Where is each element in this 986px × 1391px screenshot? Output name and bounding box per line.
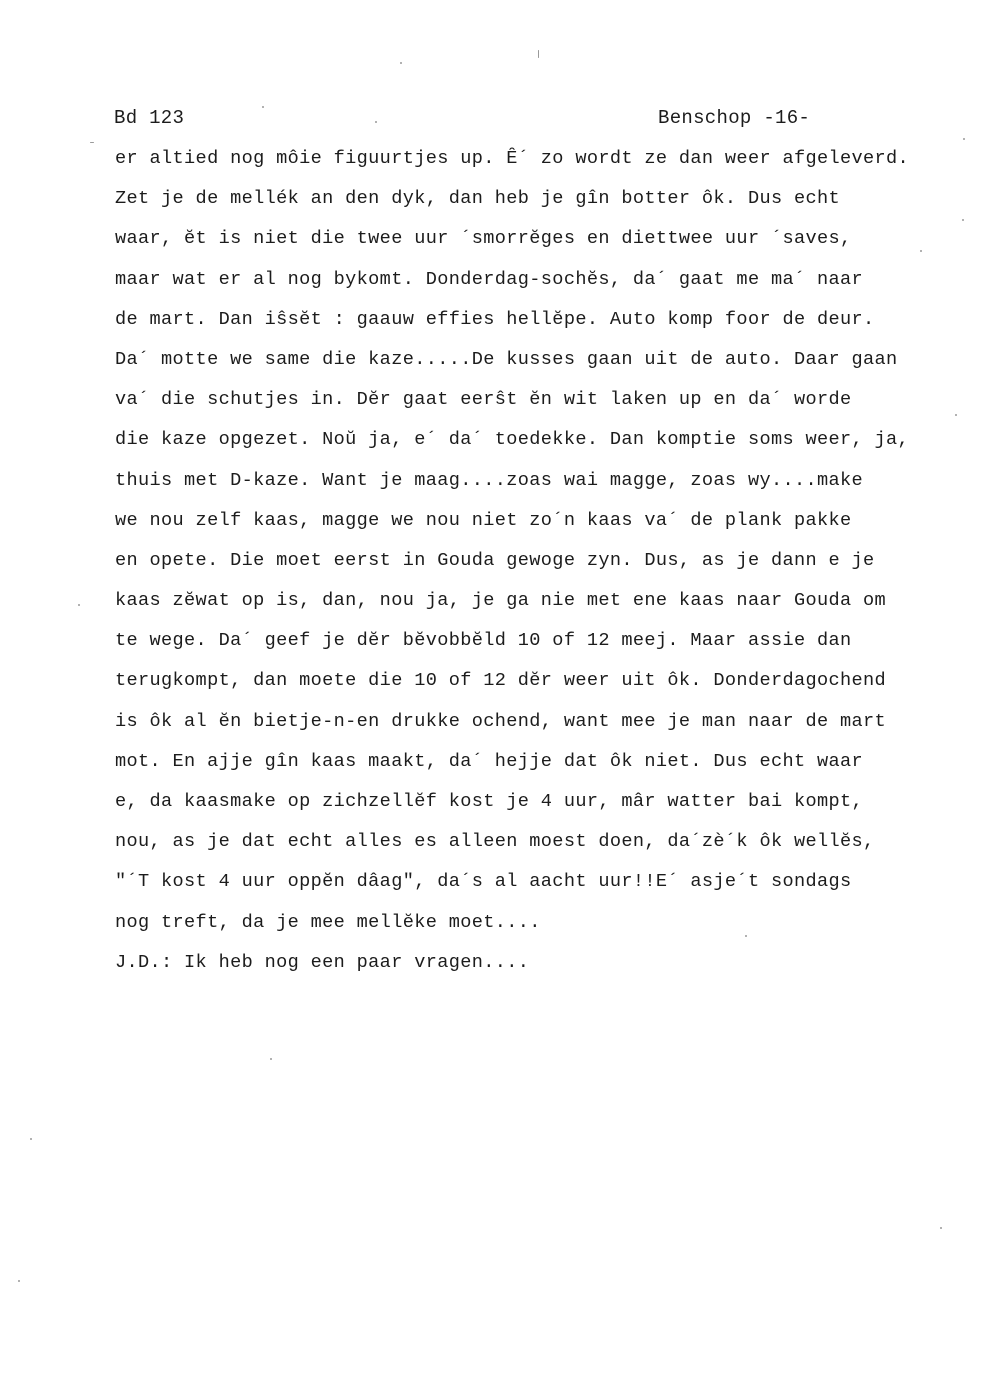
place-and-page-number: Benschop -16- xyxy=(658,107,810,129)
scan-speck xyxy=(962,219,964,221)
scan-speck xyxy=(270,1058,272,1060)
scan-speck xyxy=(920,250,922,252)
text-line: J.D.: Ik heb nog een paar vragen.... xyxy=(115,951,975,991)
scan-speck xyxy=(963,138,965,140)
text-line: nog treft, da je mee mellĕke moet.... xyxy=(115,911,975,951)
scan-speck xyxy=(745,935,747,937)
transcript-body: er altied nog môie figuurtjes up. Ȇ´ zo … xyxy=(115,147,975,991)
text-line: en opete. Die moet eerst in Gouda gewoge… xyxy=(115,549,975,589)
text-line: Da´ motte we same die kaze.....De kusses… xyxy=(115,348,975,388)
text-line: mot. En ajje gîn kaas maakt, da´ hejje d… xyxy=(115,750,975,790)
text-line: er altied nog môie figuurtjes up. Ȇ´ zo … xyxy=(115,147,975,187)
scan-speck xyxy=(262,106,264,108)
text-line: thuis met D-kaze. Want je maag....zoas w… xyxy=(115,469,975,509)
text-line: terugkompt, dan moete die 10 of 12 dĕr w… xyxy=(115,669,975,709)
scan-speck xyxy=(955,414,957,416)
text-line: we nou zelf kaas, magge we nou niet zo´n… xyxy=(115,509,975,549)
text-line: Zet je de mellék an den dyk, dan heb je … xyxy=(115,187,975,227)
text-line: die kaze opgezet. Noŭ ja, e´ da´ toedekk… xyxy=(115,428,975,468)
text-line: kaas zĕwat op is, dan, nou ja, je ga nie… xyxy=(115,589,975,629)
scan-speck xyxy=(18,1280,20,1282)
scan-speck xyxy=(538,50,539,58)
text-line: va´ die schutjes in. Dĕr gaat eerŝt ĕn w… xyxy=(115,388,975,428)
text-line: waar, ĕt is niet die twee uur ´smorrĕges… xyxy=(115,227,975,267)
document-reference: Bd 123 xyxy=(114,107,184,129)
text-line: maar wat er al nog bykomt. Donderdag-soc… xyxy=(115,268,975,308)
scan-speck xyxy=(30,1138,32,1140)
typewritten-page: Bd 123 Benschop -16- er altied nog môie … xyxy=(0,0,986,1391)
text-line: de mart. Dan iŝsĕt : gaauw effies hellĕp… xyxy=(115,308,975,348)
scan-speck xyxy=(400,62,402,64)
text-line: is ôk al ĕn bietje-n-en drukke ochend, w… xyxy=(115,710,975,750)
scan-speck xyxy=(78,604,80,606)
text-line: nou, as je dat echt alles es alleen moes… xyxy=(115,830,975,870)
scan-speck xyxy=(90,142,94,143)
scan-speck xyxy=(940,1227,942,1229)
text-line: "´T kost 4 uur oppĕn dâag", da´s al aach… xyxy=(115,870,975,910)
text-line: te wege. Da´ geef je dĕr bĕvobbĕld 10 of… xyxy=(115,629,975,669)
scan-speck xyxy=(375,121,377,123)
text-line: e, da kaasmake op zichzellĕf kost je 4 u… xyxy=(115,790,975,830)
